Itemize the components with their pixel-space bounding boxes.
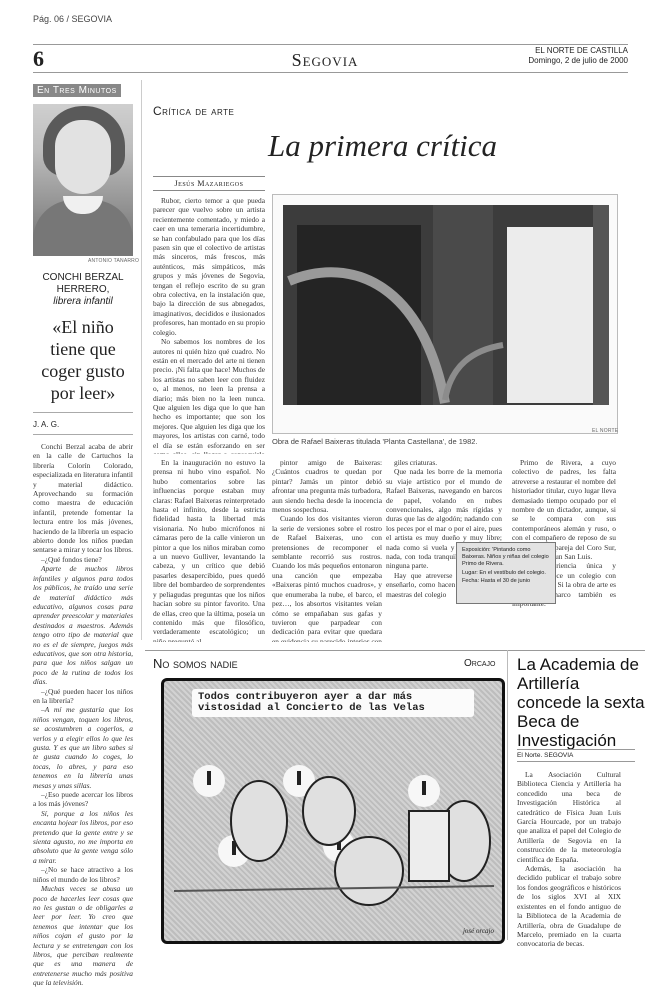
interview-question: –¿No se hace atractivo a los niños el mu… <box>33 865 133 884</box>
brief-paragraph: La Asociación Cultural Biblioteca Cienci… <box>517 770 621 864</box>
page-reference: Pág. 06 / SEGOVIA <box>33 14 112 24</box>
cartoon-section-title: No somos nadie <box>153 656 238 671</box>
brief-body: La Asociación Cultural Biblioteca Cienci… <box>517 770 621 950</box>
brief-divider <box>507 650 508 940</box>
column-divider <box>141 80 142 640</box>
pull-quote: «El niño tiene que coger gusto por leer» <box>33 316 133 404</box>
interviewee-photo <box>33 104 133 256</box>
interviewee-role: librera infantil <box>53 296 112 307</box>
cartoon-top-rule <box>145 650 645 651</box>
cartoon-panel: Todos contribuyeron ayer a dar más visto… <box>161 678 505 944</box>
brief-headline: La Academia de Artillería concede la sex… <box>517 655 645 750</box>
publication-date: Domingo, 2 de julio de 2000 <box>528 56 628 66</box>
brief-byline-place: SEGOVIA <box>544 752 573 759</box>
cartoon-author: Orcajo <box>464 658 496 669</box>
interview-answer: Aparte de muchos libros infantiles y alg… <box>33 564 133 686</box>
article-paragraph: giles criaturas. <box>386 458 502 467</box>
article-paragraph: No sabemos los nombres de los autores ni… <box>153 337 265 454</box>
publication-name: EL NORTE DE CASTILLA <box>528 46 628 56</box>
interviewee-info: CONCHI BERZAL HERRERO, librera infantil <box>33 272 133 308</box>
interview-question: –¿Eso puede acercar los libros a los más… <box>33 790 133 809</box>
interview-question: –¿Qué fondos tiene? <box>33 555 133 564</box>
interview-byline: J. A. G. <box>33 420 59 429</box>
article-author: Jesús Mazariegos <box>153 176 265 191</box>
interview-answer: Muchas veces se abusa un poco de hacerle… <box>33 884 133 987</box>
painting-image <box>283 205 609 405</box>
interview-question: –¿Qué pueden hacer los niños en la libre… <box>33 687 133 706</box>
painting-photo-credit: EL NORTE <box>592 428 618 434</box>
header-bottom-rule <box>33 72 628 73</box>
byline-rule-bottom <box>33 434 133 435</box>
brief-paragraph: Además, la asociación ha decidido public… <box>517 864 621 949</box>
cartoon-signature: josé orcajo <box>463 927 494 935</box>
painting-caption: Obra de Rafael Baixeras titulada 'Planta… <box>272 437 478 446</box>
interview-answer: Sí, porque a los niños les encanta hojea… <box>33 809 133 865</box>
exhibition-title: Exposición: 'Pintando como Baixeras. Niñ… <box>462 547 550 569</box>
byline-rule-top <box>33 412 133 413</box>
photo-face <box>55 120 111 194</box>
brief-byline: El Norte. SEGOVIA <box>517 749 635 762</box>
article-headline: La primera crítica <box>268 128 497 164</box>
interviewee-name: CONCHI BERZAL HERRERO, <box>33 272 133 296</box>
interview-paragraph: Conchi Berzal acaba de abrir en la calle… <box>33 442 133 555</box>
article-paragraph: pintor amigo de Baixeras: ¿Cuántos cuadr… <box>272 458 382 514</box>
article-column-1b: En la inauguración no estuvo la prensa n… <box>153 458 265 642</box>
painting-photo <box>272 194 618 434</box>
header-top-rule <box>33 44 628 45</box>
exhibition-info-box: Exposición: 'Pintando como Baixeras. Niñ… <box>456 542 556 604</box>
article-paragraph: Rubor, cierto temor a que pueda parecer … <box>153 196 265 337</box>
interview-body: Conchi Berzal acaba de abrir en la calle… <box>33 442 133 988</box>
cartoon-caption: Todos contribuyeron ayer a dar más visto… <box>192 689 474 717</box>
article-column-2: pintor amigo de Baixeras: ¿Cuántos cuadr… <box>272 458 382 642</box>
masthead-info: EL NORTE DE CASTILLA Domingo, 2 de julio… <box>528 46 628 66</box>
article-paragraph: Cuando los dos visitantes vieron la seri… <box>272 514 382 642</box>
article-kicker: Crítica de arte <box>153 104 234 118</box>
plant-leaf-icon <box>283 205 609 405</box>
brief-byline-source: El Norte. <box>517 752 542 759</box>
article-paragraph: En la inauguración no estuvo la prensa n… <box>153 458 265 642</box>
musicians-illustration-icon <box>164 741 502 931</box>
article-column-1: Rubor, cierto temor a que pueda parecer … <box>153 196 265 454</box>
photo-credit: ANTONIO TANARRO <box>88 258 139 264</box>
section-tag: En Tres Minutos <box>33 84 121 97</box>
exhibition-place: Lugar: En el vestíbulo del colegio. <box>462 570 550 577</box>
exhibition-dates: Fecha: Hasta el 30 de junio <box>462 578 550 585</box>
interview-answer: –A mí me gustaría que los niños vengan, … <box>33 705 133 790</box>
